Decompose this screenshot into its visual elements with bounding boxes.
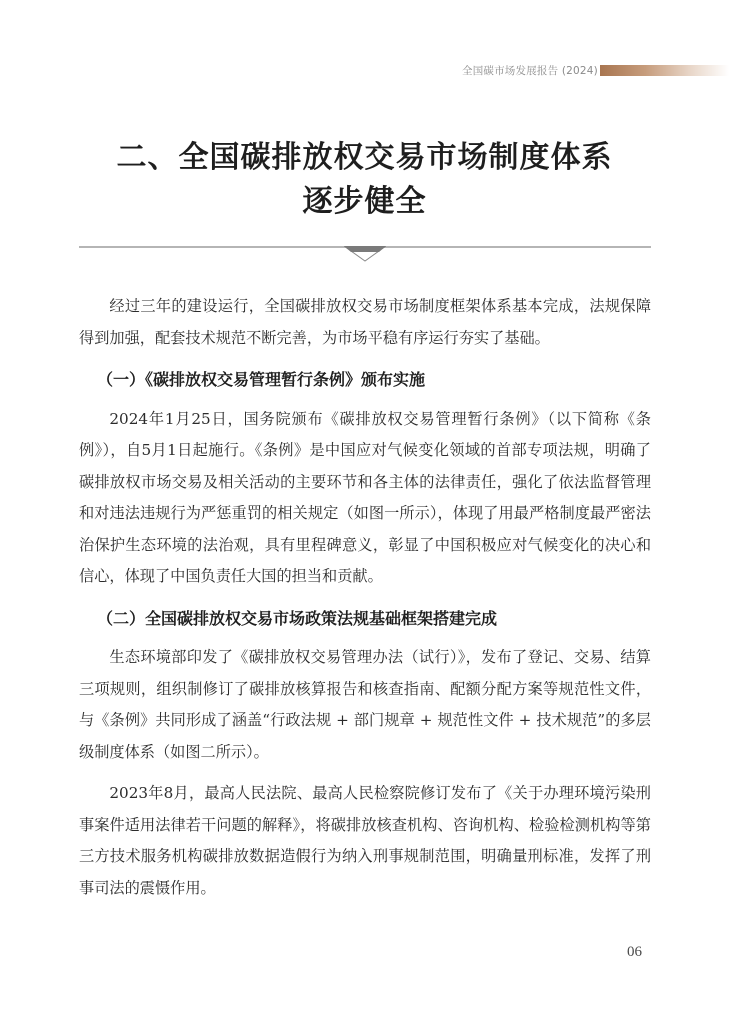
section-heading-1: （一）《碳排放权交易管理暂行条例》颁布实施 [79,364,651,396]
chapter-title-line-2: 逐步健全 [0,180,729,224]
chapter-title-line-1: 二、全国碳排放权交易市场制度体系 [0,136,729,180]
page-number: 06 [627,944,642,961]
intro-paragraph: 经过三年的建设运行，全国碳排放权交易市场制度框架体系基本完成，法规保障得到加强，… [79,291,651,354]
section-1-paragraph: 2024年1月25日，国务院颁布《碳排放权交易管理暂行条例》（以下简称《条例》）… [79,404,651,593]
running-header-title: 全国碳市场发展报告 (2024) [462,63,598,78]
section-2-paragraph-1: 生态环境部印发了《碳排放权交易管理办法（试行）》，发布了登记、交易、结算三项规则… [79,642,651,768]
body-content: 经过三年的建设运行，全国碳排放权交易市场制度框架体系基本完成，法规保障得到加强，… [79,291,651,904]
section-2-paragraph-2: 2023年8月，最高人民法院、最高人民检察院修订发布了《关于办理环境污染刑事案件… [79,778,651,904]
section-heading-2: （二）全国碳排放权交易市场政策法规基础框架搭建完成 [79,603,651,635]
header-accent-bar [600,65,729,76]
chapter-title: 二、全国碳排放权交易市场制度体系 逐步健全 [0,136,729,224]
